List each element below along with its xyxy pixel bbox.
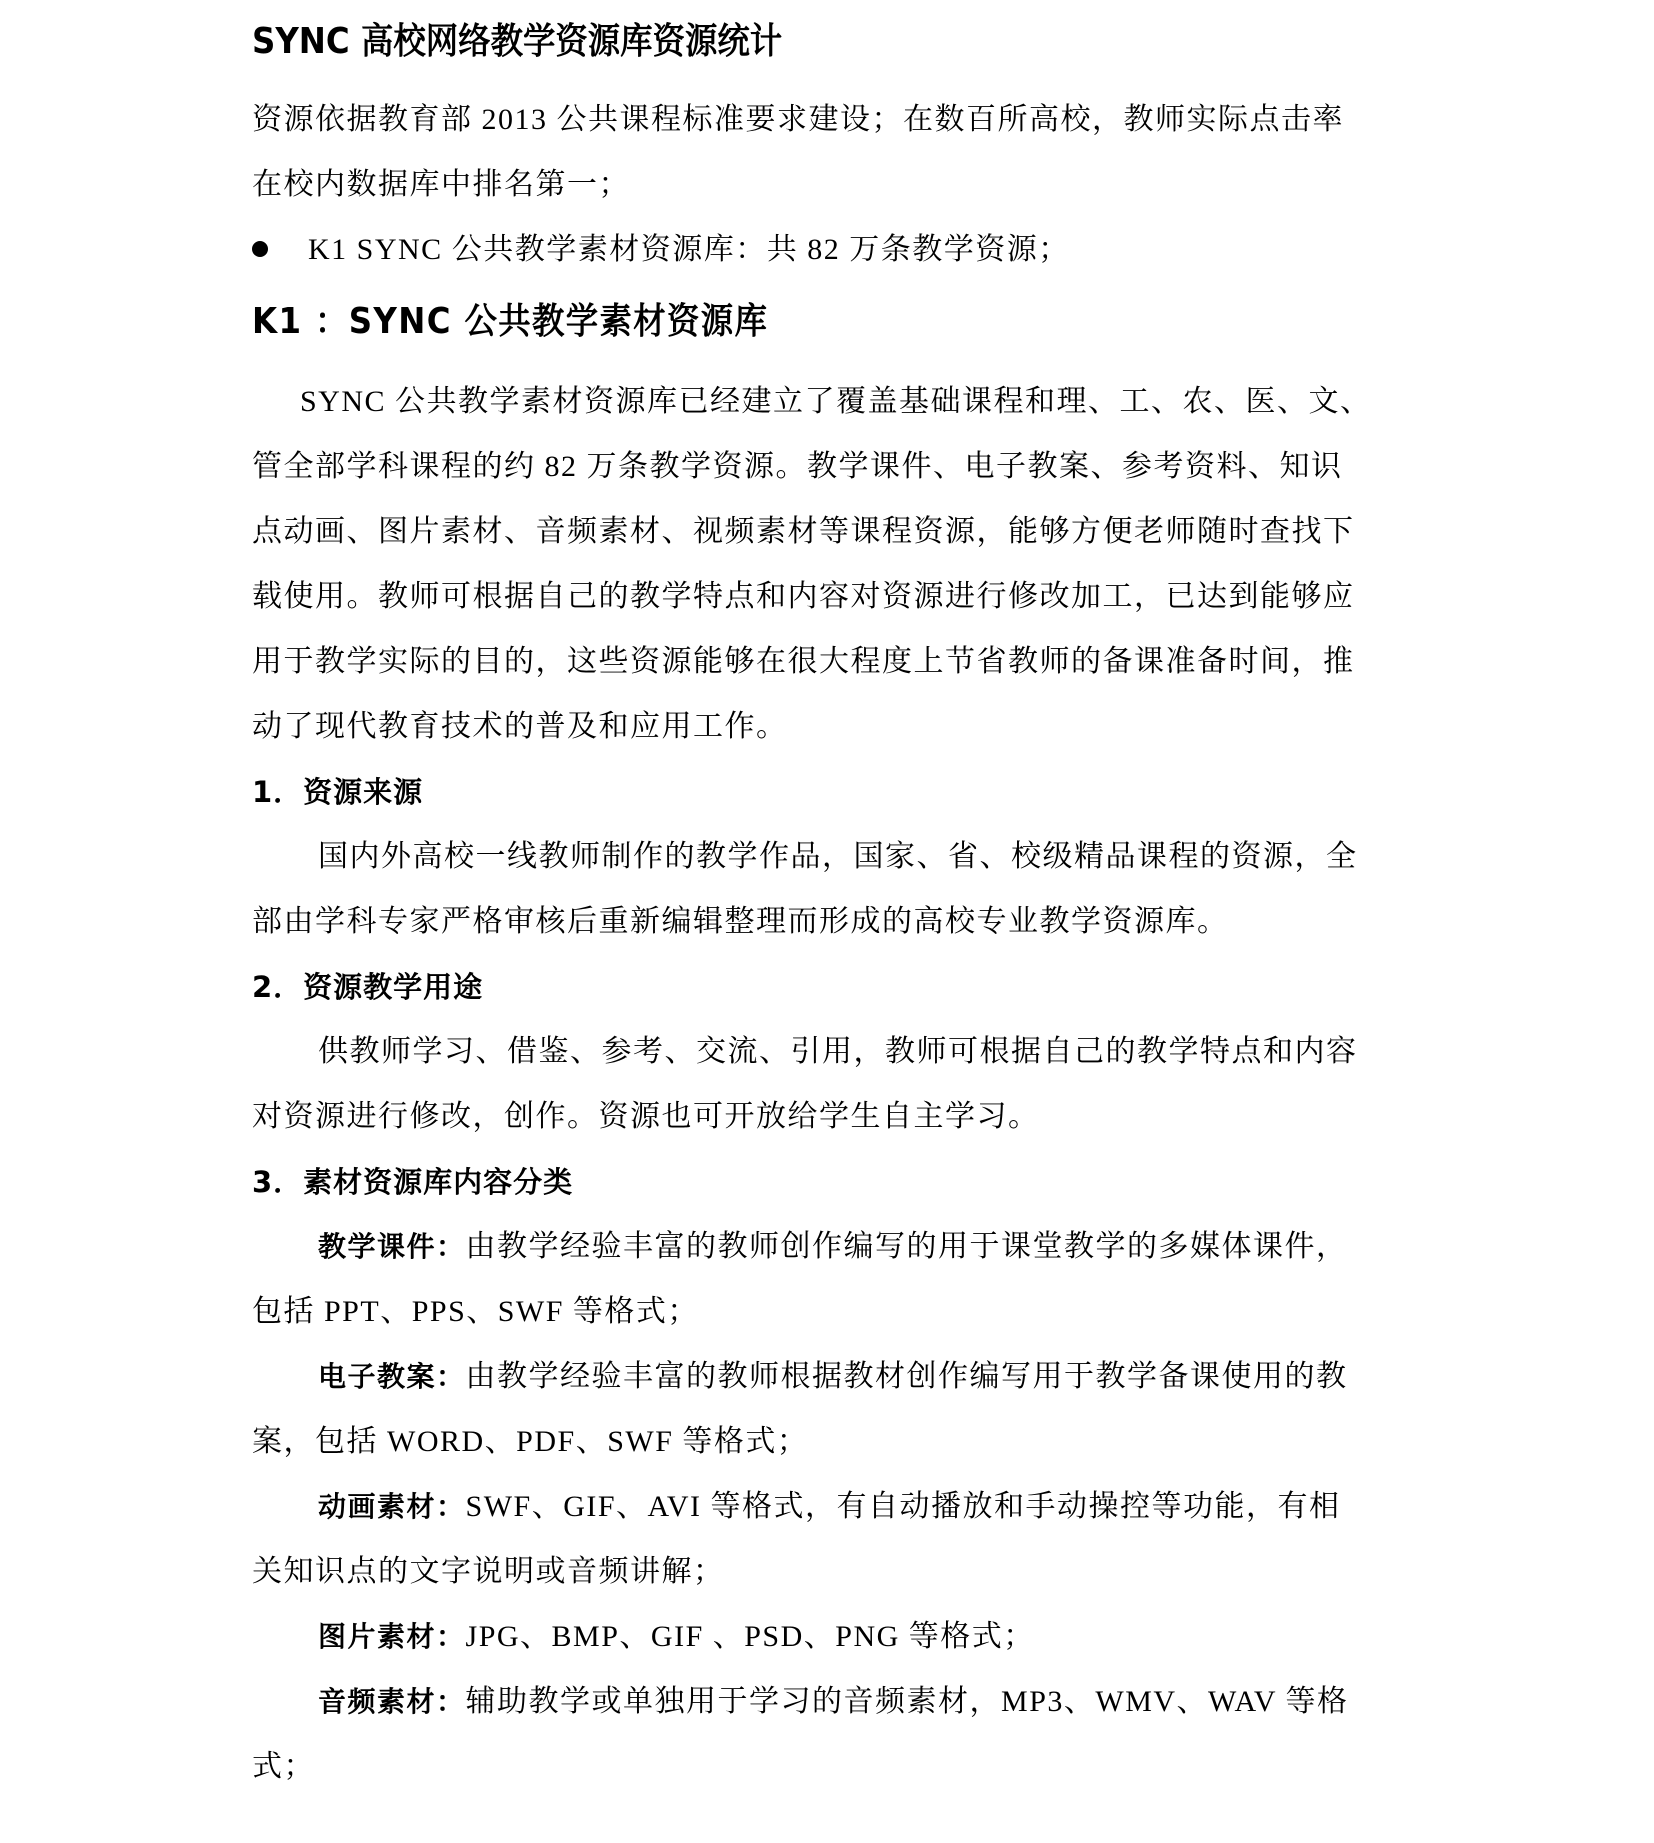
section-paragraph-line: 点动画、图片素材、音频素材、视频素材等课程资源，能够方便老师随时查找下 <box>252 512 1355 552</box>
category-desc-cont: 包括 PPT、PPS、SWF 等格式； <box>252 1292 699 1332</box>
category-desc-cont: 关知识点的文字说明或音频讲解； <box>252 1552 725 1592</box>
subsection-heading-usage: 2．资源教学用途 <box>252 967 483 1007</box>
category-item-courseware: 教学课件：由教学经验丰富的教师创作编写的用于课堂教学的多媒体课件， <box>318 1227 1348 1267</box>
section-paragraph-line: 管全部学科课程的约 82 万条教学资源。教学课件、电子教案、参考资料、知识 <box>252 447 1343 487</box>
category-item-lesson-plan: 电子教案：由教学经验丰富的教师根据教材创作编写用于教学备课使用的教 <box>318 1357 1348 1397</box>
subsection-line: 对资源进行修改，创作。资源也可开放给学生自主学习。 <box>252 1097 1040 1137</box>
section-paragraph-line: 动了现代教育技术的普及和应用工作。 <box>252 707 788 747</box>
subsection-heading-categories: 3．素材资源库内容分类 <box>252 1162 573 1202</box>
document-page: SYNC 高校网络教学资源库资源统计 资源依据教育部 2013 公共课程标准要求… <box>0 0 1654 1843</box>
section-paragraph-line: SYNC 公共教学素材资源库已经建立了覆盖基础课程和理、工、农、医、文、 <box>300 382 1372 422</box>
section-paragraph-line: 载使用。教师可根据自己的教学特点和内容对资源进行修改加工，已达到能够应 <box>252 577 1355 617</box>
category-desc-cont: 案，包括 WORD、PDF、SWF 等格式； <box>252 1422 808 1462</box>
category-desc-cont: 式； <box>252 1747 315 1787</box>
subsection-line: 部由学科专家严格审核后重新编辑整理而形成的高校专业教学资源库。 <box>252 902 1229 942</box>
bullet-dot-icon <box>252 241 268 257</box>
category-item-animation: 动画素材：SWF、GIF、AVI 等格式，有自动播放和手动操控等功能，有相 <box>318 1487 1341 1527</box>
subsection-line: 国内外高校一线教师制作的教学作品，国家、省、校级精品课程的资源，全 <box>318 837 1358 877</box>
section-heading: K1 ：SYNC 公共教学素材资源库 <box>252 302 768 342</box>
category-item-audio: 音频素材：辅助教学或单独用于学习的音频素材，MP3、WMV、WAV 等格 <box>318 1682 1348 1722</box>
page-title: SYNC 高校网络教学资源库资源统计 <box>252 22 782 62</box>
category-term: 图片素材： <box>318 1620 466 1653</box>
category-desc: 由教学经验丰富的教师根据教材创作编写用于教学备课使用的教 <box>466 1360 1348 1393</box>
category-desc: 由教学经验丰富的教师创作编写的用于课堂教学的多媒体课件， <box>466 1230 1348 1263</box>
category-item-image: 图片素材：JPG、BMP、GIF 、PSD、PNG 等格式； <box>318 1617 1035 1657</box>
section-paragraph-line: 用于教学实际的目的，这些资源能够在很大程度上节省教师的备课准备时间，推 <box>252 642 1355 682</box>
category-desc: 辅助教学或单独用于学习的音频素材，MP3、WMV、WAV 等格 <box>466 1685 1349 1718</box>
subsection-line: 供教师学习、借鉴、参考、交流、引用，教师可根据自己的教学特点和内容 <box>318 1032 1358 1072</box>
intro-line-2: 在校内数据库中排名第一； <box>252 165 630 205</box>
bullet-item: K1 SYNC 公共教学素材资源库：共 82 万条教学资源； <box>252 230 1070 270</box>
category-term: 教学课件： <box>318 1230 466 1263</box>
subsection-heading-source: 1．资源来源 <box>252 772 423 812</box>
category-desc: SWF、GIF、AVI 等格式，有自动播放和手动操控等功能，有相 <box>466 1490 1341 1523</box>
category-term: 音频素材： <box>318 1685 466 1718</box>
intro-line-1: 资源依据教育部 2013 公共课程标准要求建设；在数百所高校，教师实际点击率 <box>252 100 1344 140</box>
category-term: 动画素材： <box>318 1490 466 1523</box>
bullet-text: K1 SYNC 公共教学素材资源库：共 82 万条教学资源； <box>308 233 1070 266</box>
category-desc: JPG、BMP、GIF 、PSD、PNG 等格式； <box>466 1620 1035 1653</box>
category-term: 电子教案： <box>318 1360 466 1393</box>
